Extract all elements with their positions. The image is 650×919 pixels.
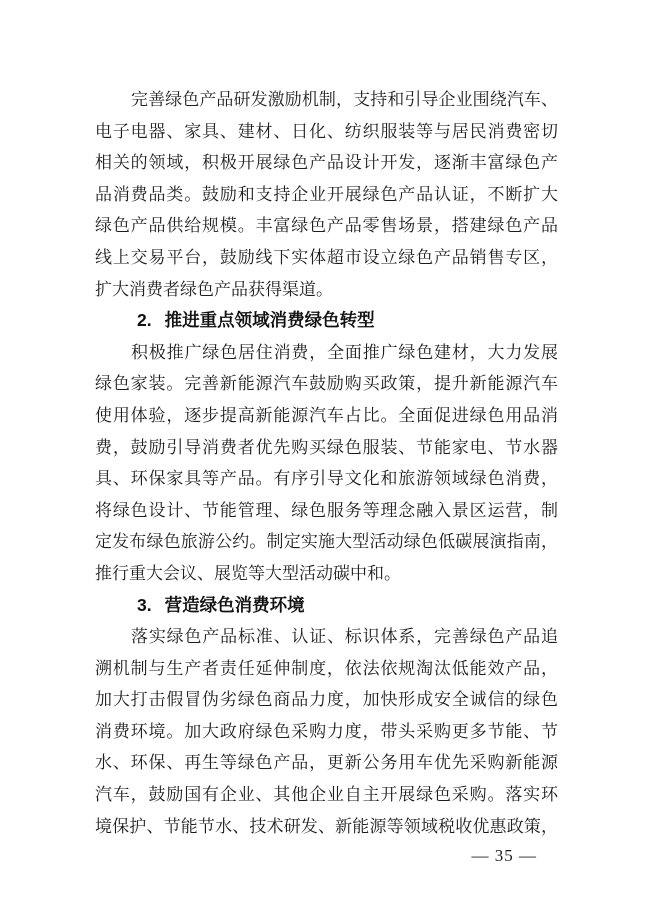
text-line: 扩大消费者绿色产品获得渠道。 xyxy=(95,274,558,306)
text-line: 境保护、节能节水、技术研发、新能源等领域税收优惠政策， xyxy=(95,811,558,843)
section-heading-2: 2.推进重点领域消费绿色转型 xyxy=(95,305,558,337)
text-line: 积极推广绿色居住消费，全面推广绿色建材，大力发展 xyxy=(95,337,558,369)
section-number: 2. xyxy=(137,305,152,337)
document-page: 完善绿色产品研发激励机制，支持和引导企业围绕汽车、 电子电器、家具、建材、日化、… xyxy=(0,0,650,919)
page-number: — 35 — xyxy=(472,847,538,865)
text-line: 汽车，鼓励国有企业、其他企业自主开展绿色采购。落实环 xyxy=(95,779,558,811)
text-line: 溯机制与生产者责任延伸制度，依法依规淘汰低能效产品， xyxy=(95,653,558,685)
text-line: 绿色家装。完善新能源汽车鼓励购买政策，提升新能源汽车 xyxy=(95,368,558,400)
text-line: 电子电器、家具、建材、日化、纺织服装等与居民消费密切 xyxy=(95,116,558,148)
text-line: 完善绿色产品研发激励机制，支持和引导企业围绕汽车、 xyxy=(95,84,558,116)
section-heading-3: 3.营造绿色消费环境 xyxy=(95,590,558,622)
document-text-block: 完善绿色产品研发激励机制，支持和引导企业围绕汽车、 电子电器、家具、建材、日化、… xyxy=(95,84,558,842)
section-title: 营造绿色消费环境 xyxy=(165,595,305,615)
text-line: 线上交易平台，鼓励线下实体超市设立绿色产品销售专区， xyxy=(95,242,558,274)
text-line: 消费环境。加大政府绿色采购力度，带头采购更多节能、节 xyxy=(95,716,558,748)
text-line: 定发布绿色旅游公约。制定实施大型活动绿色低碳展演指南， xyxy=(95,526,558,558)
section-number: 3. xyxy=(137,590,152,622)
text-line: 品消费品类。鼓励和支持企业开展绿色产品认证，不断扩大 xyxy=(95,179,558,211)
text-line: 费，鼓励引导消费者优先购买绿色服装、节能家电、节水器 xyxy=(95,432,558,464)
text-line: 相关的领域，积极开展绿色产品设计开发，逐渐丰富绿色产 xyxy=(95,147,558,179)
text-line: 绿色产品供给规模。丰富绿色产品零售场景，搭建绿色产品 xyxy=(95,210,558,242)
text-line: 水、环保、再生等绿色产品，更新公务用车优先采购新能源 xyxy=(95,747,558,779)
text-line: 具、环保家具等产品。有序引导文化和旅游领域绿色消费， xyxy=(95,463,558,495)
text-line: 使用体验，逐步提高新能源汽车占比。全面促进绿色用品消 xyxy=(95,400,558,432)
text-line: 将绿色设计、节能管理、绿色服务等理念融入景区运营，制 xyxy=(95,495,558,527)
text-line: 落实绿色产品标准、认证、标识体系，完善绿色产品追 xyxy=(95,621,558,653)
section-title: 推进重点领域消费绿色转型 xyxy=(165,310,375,330)
text-line: 加大打击假冒伪劣绿色商品力度，加快形成安全诚信的绿色 xyxy=(95,684,558,716)
text-line: 推行重大会议、展览等大型活动碳中和。 xyxy=(95,558,558,590)
